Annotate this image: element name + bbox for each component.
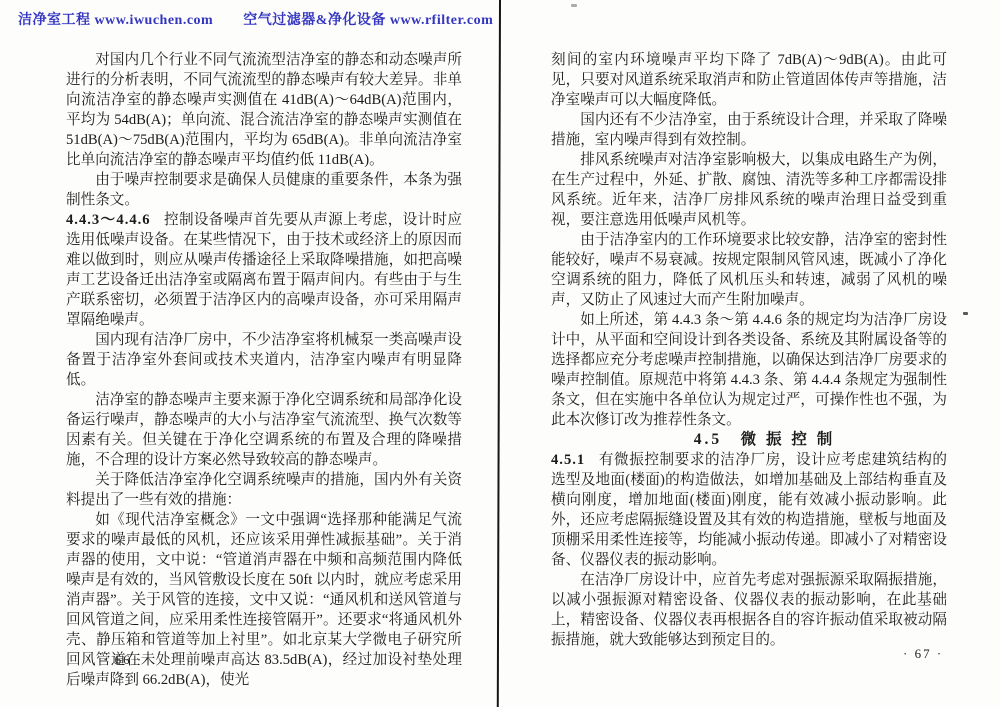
left-page: 对国内几个行业不同气流流型洁净室的静态和动态噪声所进行的分析表明，不同气流流型的… <box>66 50 462 690</box>
right-page: 刻间的室内环境噪声平均下降了 7dB(A)～9dB(A)。由此可见，只要对风道系… <box>551 50 947 650</box>
clause-text: 有微振控制要求的洁净厂房，设计应考虑建筑结构的选型及地面(楼面)的构造做法，如增… <box>551 452 947 568</box>
paragraph: 国内现有洁净厂房中，不少洁净室将机械泵一类高噪声设备置于洁净室外套间或技术夹道内… <box>66 330 462 390</box>
page-number-left: · 66 · <box>103 652 143 668</box>
clause-text: 控制设备噪声首先要从声源上考虑，设计时应选用低噪声设备。在某些情况下，由于技术或… <box>66 212 462 328</box>
clause-number: 4.5.1 <box>551 452 585 468</box>
paragraph: 由于洁净室内的工作环境要求比较安静，洁净室的密封性能较好，噪声不易衰减。按规定限… <box>551 230 947 310</box>
page-gutter-divider <box>497 0 501 707</box>
header-watermark: 洁净室工程 www.iwuchen.com 空气过滤器&净化设备 www.rfi… <box>18 9 493 29</box>
page-number-right: · 67 · <box>903 646 943 662</box>
watermark-site-left: 洁净室工程 www.iwuchen.com <box>18 9 213 29</box>
clause-number: 4.4.3～4.4.6 <box>66 212 151 228</box>
paragraph: 对国内几个行业不同气流流型洁净室的静态和动态噪声所进行的分析表明，不同气流流型的… <box>66 50 462 170</box>
paragraph: 排风系统噪声对洁净室影响极大，以集成电路生产为例，在生产过程中，外延、扩散、腐蚀… <box>551 150 947 230</box>
scan-speck <box>963 312 968 315</box>
paragraph: 如上所述，第 4.4.3 条～第 4.4.6 条的规定均为洁净厂房设计中，从平面… <box>551 310 947 430</box>
watermark-site-right: 空气过滤器&净化设备 www.rfilter.com <box>243 9 493 29</box>
clause-paragraph: 4.5.1有微振控制要求的洁净厂房，设计应考虑建筑结构的选型及地面(楼面)的构造… <box>551 450 947 570</box>
paragraph: 在洁净厂房设计中，应首先考虑对强振源采取隔振措施，以减小强振源对精密设备、仪器仪… <box>551 570 947 650</box>
paragraph: 刻间的室内环境噪声平均下降了 7dB(A)～9dB(A)。由此可见，只要对风道系… <box>551 50 947 110</box>
paragraph: 国内还有不少洁净室，由于系统设计合理，并采取了降噪措施，室内噪声得到有效控制。 <box>551 110 947 150</box>
paragraph: 关于降低洁净室净化空调系统噪声的措施，国内外有关资料提出了一些有效的措施： <box>66 470 462 510</box>
paragraph: 由于噪声控制要求是确保人员健康的重要条件，本条为强制性条文。 <box>66 170 462 210</box>
section-heading: 4.5 微 振 控 制 <box>551 430 947 450</box>
paragraph: 洁净室的静态噪声主要来源于净化空调系统和局部净化设备运行噪声，静态噪声的大小与洁… <box>66 390 462 470</box>
clause-paragraph: 4.4.3～4.4.6控制设备噪声首先要从声源上考虑，设计时应选用低噪声设备。在… <box>66 210 462 330</box>
scan-speck <box>571 4 577 7</box>
